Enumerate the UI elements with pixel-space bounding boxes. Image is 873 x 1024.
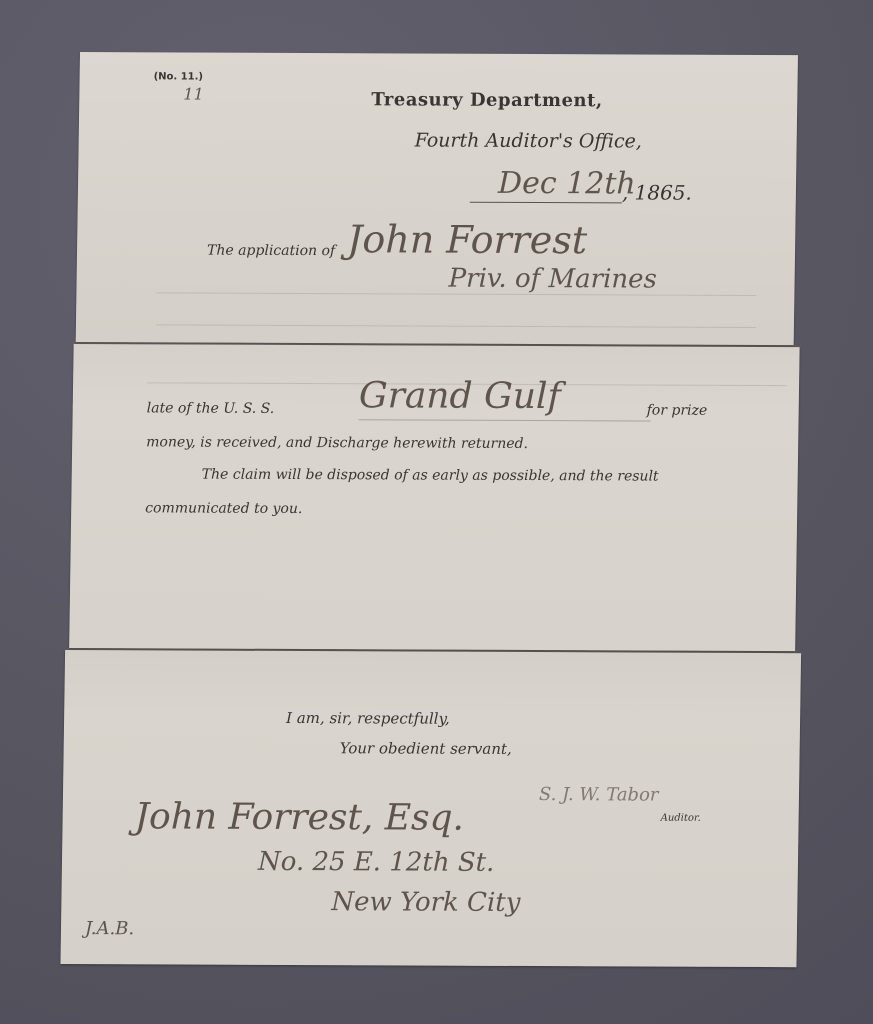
date-year: , 1865. [622, 180, 692, 204]
for-prize-label: for prize [647, 403, 708, 419]
ship-underline [359, 419, 651, 421]
date-underline [470, 202, 622, 204]
body-line-3: The claim will be disposed of as early a… [202, 467, 659, 485]
ship-name: Grand Gulf [359, 375, 561, 417]
form-number: (No. 11.) [154, 71, 204, 82]
department-heading: Treasury Department, [371, 89, 603, 111]
document-middle-panel: late of the U. S. S. Grand Gulf for priz… [69, 344, 799, 651]
closing-line-1: I am, sir, respectfully, [286, 709, 450, 728]
ruled-line [156, 324, 756, 328]
handwritten-mark: 11 [183, 84, 204, 103]
address-street: No. 25 E. 12th St. [258, 847, 495, 878]
closing-line-2: Your obedient servant, [340, 739, 512, 758]
address-name: John Forrest, Esq. [134, 796, 464, 838]
office-heading: Fourth Auditor's Office, [415, 129, 643, 152]
document-top-panel: (No. 11.) 11 Treasury Department, Fourth… [76, 52, 798, 345]
document-bottom-panel: I am, sir, respectfully, Your obedient s… [60, 650, 801, 967]
clerk-initials: J.A.B. [85, 918, 135, 939]
treasury-document: (No. 11.) 11 Treasury Department, Fourth… [62, 52, 805, 967]
body-line-4: communicated to you. [145, 500, 302, 517]
ruled-line [156, 292, 756, 296]
applicant-rank: Priv. of Marines [448, 264, 657, 295]
address-city: New York City [331, 887, 520, 918]
body-line-2: money, is received, and Discharge herewi… [146, 434, 528, 452]
auditor-title: Auditor. [661, 813, 701, 824]
date-handwritten: Dec 12th [498, 166, 636, 202]
application-label: The application of [207, 243, 335, 260]
auditor-signature: S. J. W. Tabor [539, 784, 659, 806]
applicant-name: John Forrest [347, 217, 588, 262]
late-of-label: late of the U. S. S. [147, 400, 275, 417]
